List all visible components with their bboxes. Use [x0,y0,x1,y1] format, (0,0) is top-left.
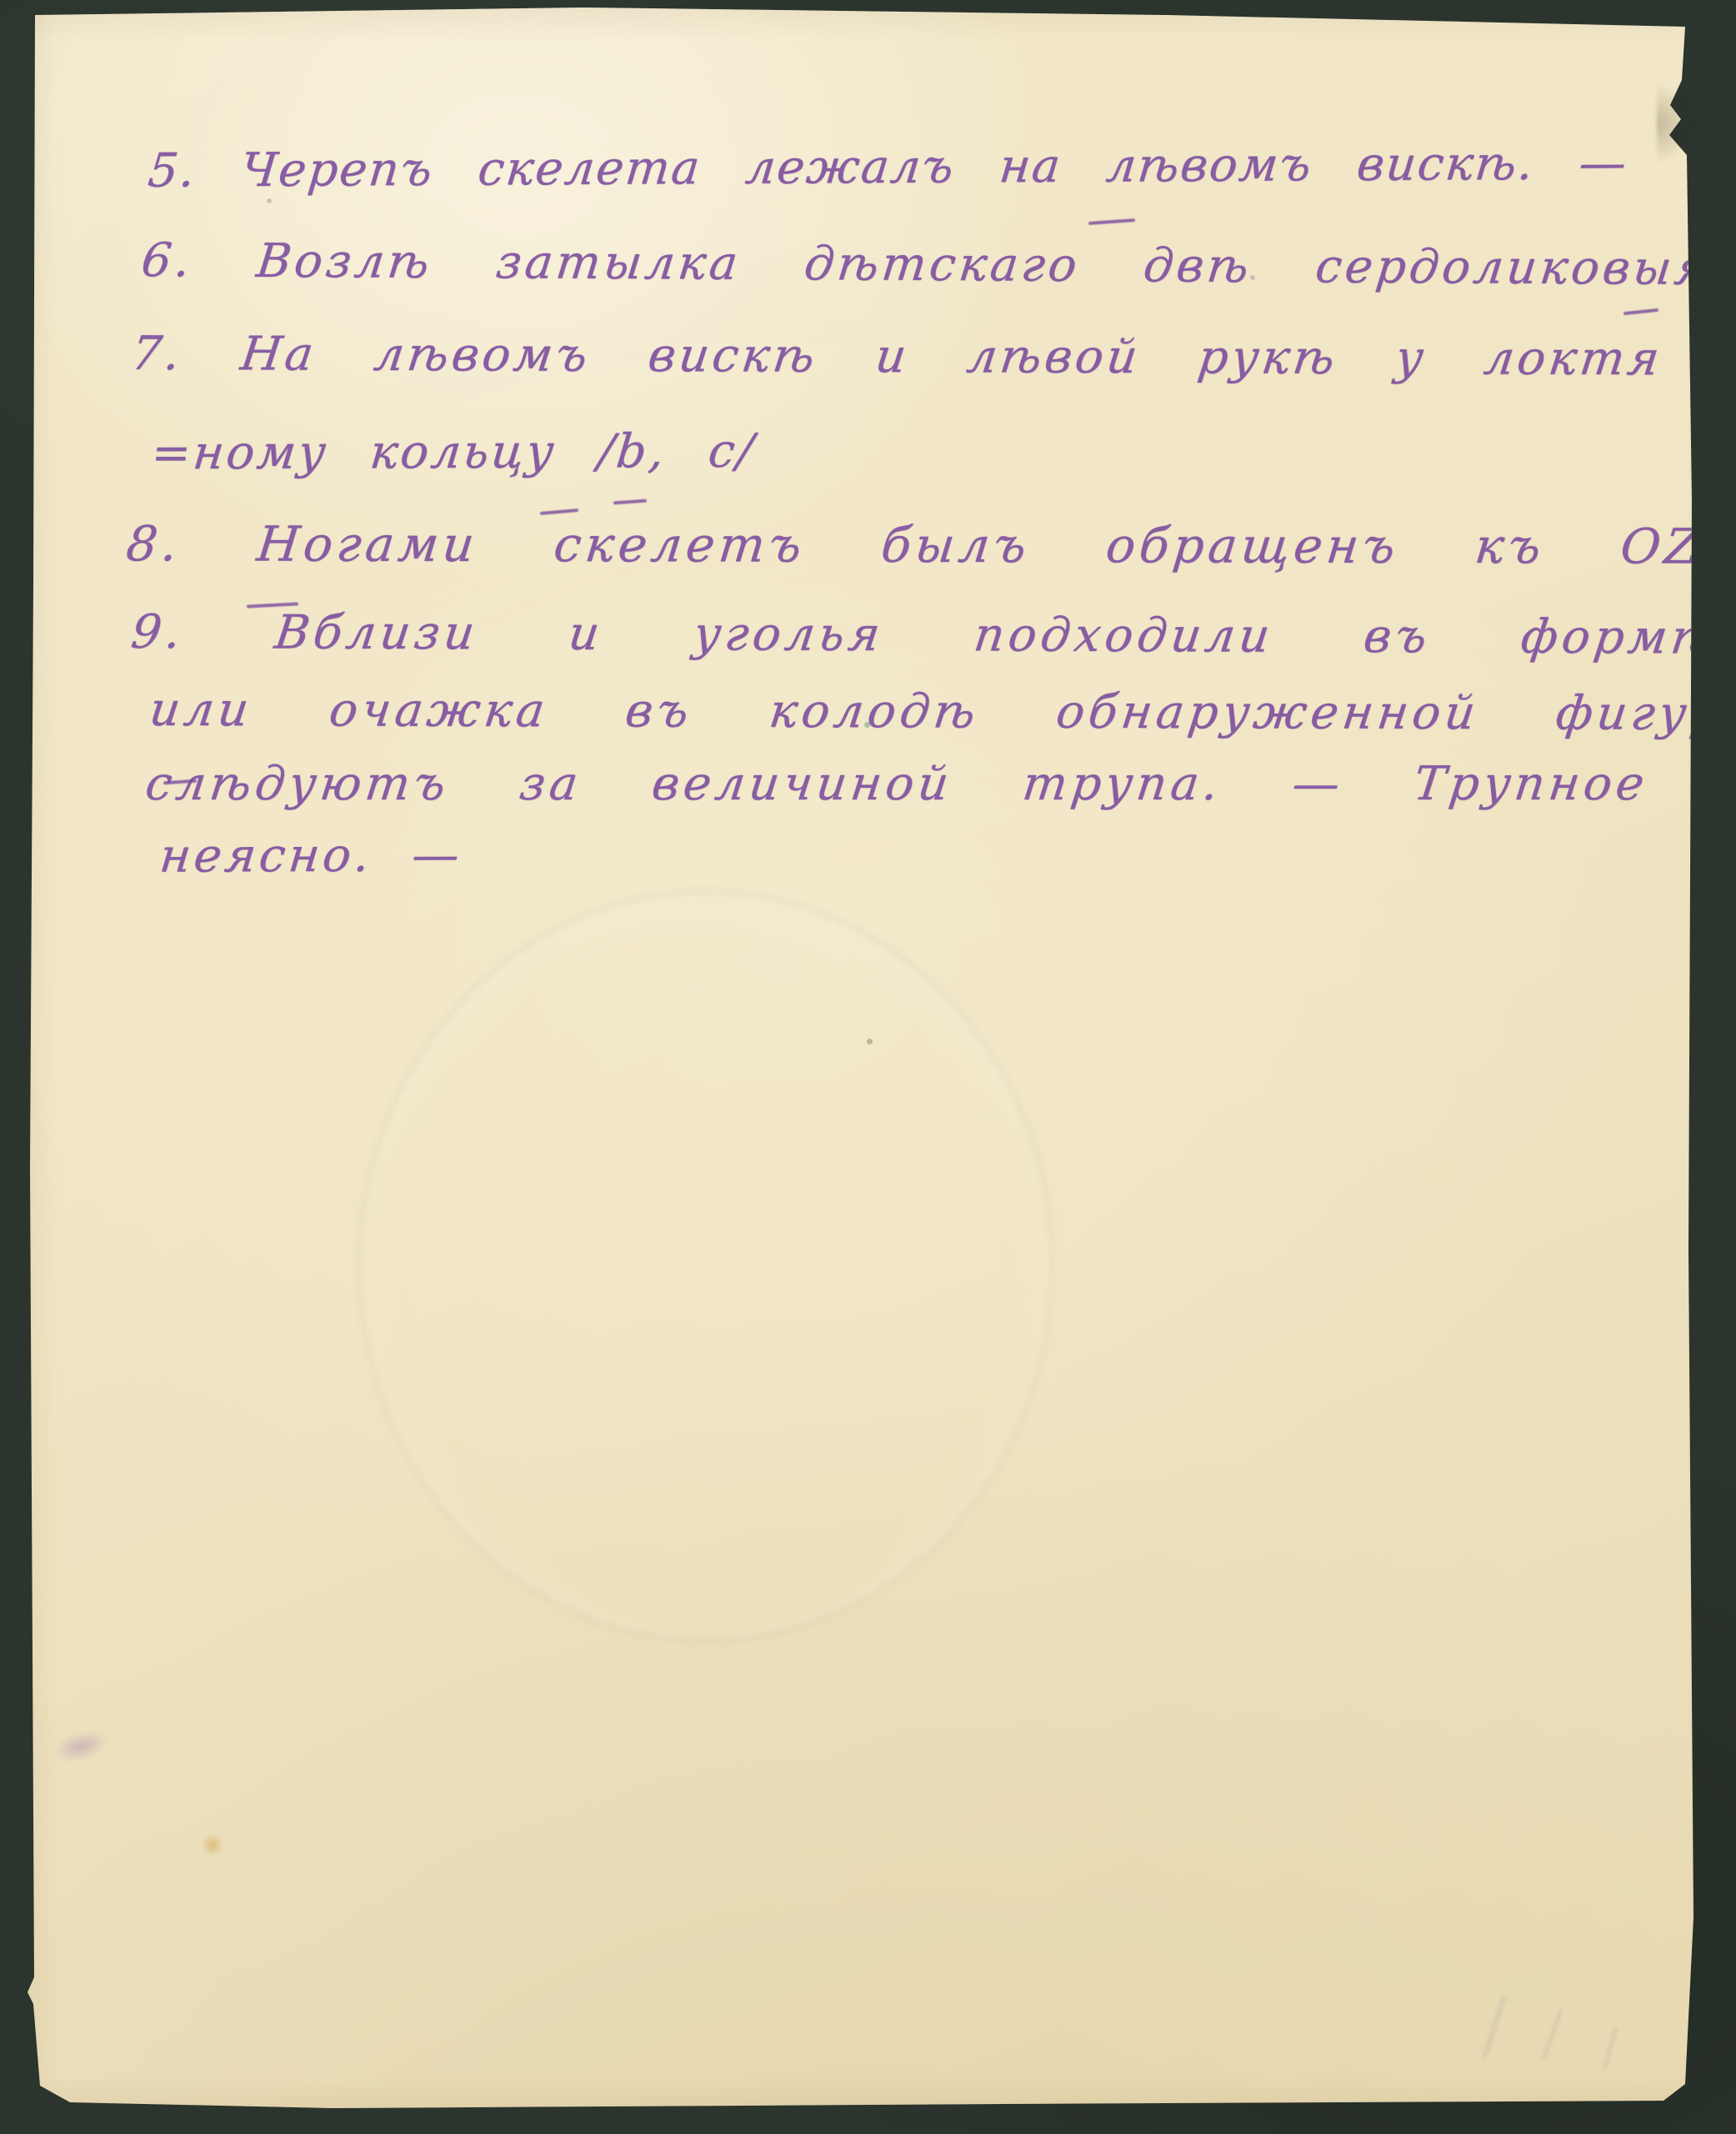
ink-underline-a [1623,308,1658,315]
torn-corner-shadow [1657,83,1693,163]
manuscript-line-8: 8. Ногами скелетъ былъ обращенъ къ ОZ. — [123,515,1736,575]
manuscript-line-5: 5. Черепъ скелета лежалъ на лѣвомъ вискѣ… [146,136,1630,198]
scanned-manuscript-photo: 5. Черепъ скелета лежалъ на лѣвомъ вискѣ… [0,0,1736,2134]
ink-smudge [49,1726,113,1768]
ink-underline-b [540,508,578,515]
manuscript-line-9-continued-3: неясно. — [158,828,465,883]
ink-underline-viske [1088,218,1135,225]
manuscript-line-7-continued: =ному кольцу /b, c/ [149,424,758,481]
ink-underline-c [613,499,647,505]
manuscript-paper: 5. Черепъ скелета лежалъ на лѣвомъ вискѣ… [0,0,1736,2134]
manuscript-line-9-continued-1: или очажка въ колодѣ обнаруженной фигуры… [147,683,1736,742]
paper-stain-yellow [200,1834,225,1856]
bleed-through-mark [1603,2026,1618,2068]
watermark-circle [358,890,1053,1642]
bleed-through-mark [1482,1995,1507,2060]
manuscript-line-9-continued-2: слѣдуютъ за величиной трупа. — Трупное п… [143,757,1736,811]
manuscript-line-6: 6. Возлѣ затылка дѣтскаго двѣ сердоликов… [138,233,1736,298]
paper-speck [267,198,272,203]
bleed-through-mark [1541,2008,1563,2061]
manuscript-line-9: 9. Вблизи и уголья подходили въ формѣ ко… [128,605,1736,666]
manuscript-line-7: 7. На лѣвомъ вискѣ и лѣвой рукѣ у локтя … [128,327,1736,388]
